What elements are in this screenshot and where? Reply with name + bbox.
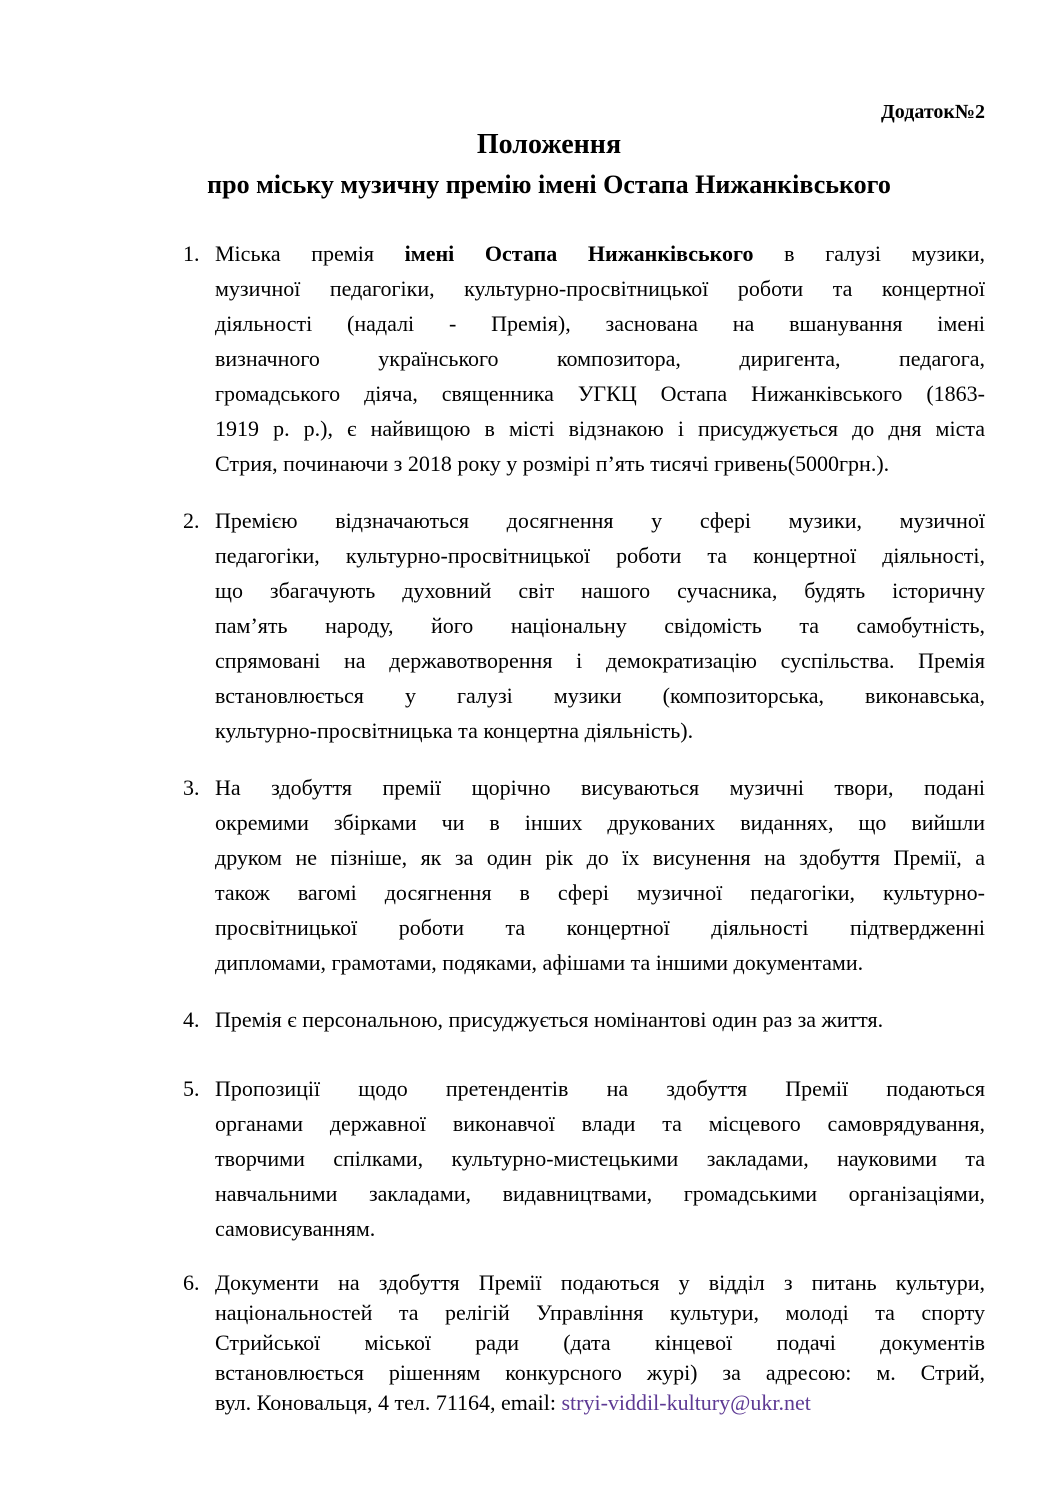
text-line: культурно-просвітницька та концертна дія… xyxy=(215,713,985,748)
text-line: друком не пізніше, як за один рік до їх … xyxy=(215,840,985,875)
list-item-5: 5. Пропозиції щодо претендентів на здобу… xyxy=(215,1071,985,1246)
text-line: діяльності (надалі - Премія), заснована … xyxy=(215,306,985,341)
text-line: самовисуванням. xyxy=(215,1211,985,1246)
document-page: Додаток№2 Положення про міську музичну п… xyxy=(0,0,1058,1497)
text-line: пам’ять народу, його національну свідомі… xyxy=(215,608,985,643)
text-line: просвітницької роботи та концертної діял… xyxy=(215,910,985,945)
text-line: національностей та релігій Управління ку… xyxy=(215,1298,985,1328)
text-line: На здобуття премії щорічно висуваються м… xyxy=(215,770,985,805)
text-segment: вул. Коновальця, 4 тел. 71164, email: xyxy=(215,1390,561,1415)
text-line: Міська премія імені Остапа Нижанківськог… xyxy=(215,236,985,271)
list-item-3: 3. На здобуття премії щорічно висуваютьс… xyxy=(215,770,985,980)
text-line: навчальними закладами, видавництвами, гр… xyxy=(215,1176,985,1211)
text-line: Стрийської міської ради (дата кінцевої п… xyxy=(215,1328,985,1358)
text-line: вул. Коновальця, 4 тел. 71164, email: st… xyxy=(215,1388,985,1418)
text-line: педагогіки, культурно-просвітницької роб… xyxy=(215,538,985,573)
list-item-2: 2. Премією відзначаються досягнення у сф… xyxy=(215,503,985,748)
text-line: громадського діяча, священника УГКЦ Оста… xyxy=(215,376,985,411)
text-line: Премією відзначаються досягнення у сфері… xyxy=(215,503,985,538)
list-number: 1. xyxy=(183,236,200,271)
list-number: 4. xyxy=(183,1002,200,1037)
text-line: встановлюється у галузі музики (композит… xyxy=(215,678,985,713)
title-block: Положення про міську музичну премію імен… xyxy=(164,128,934,202)
text-line: встановлюється рішенням конкурсного журі… xyxy=(215,1358,985,1388)
list-number: 5. xyxy=(183,1071,200,1106)
text-line: органами державної виконавчої влади та м… xyxy=(215,1106,985,1141)
text-line: дипломами, грамотами, подяками, афішами … xyxy=(215,945,985,980)
text-line: окремими збірками чи в інших друкованих … xyxy=(215,805,985,840)
text-line: музичної педагогіки, культурно-просвітни… xyxy=(215,271,985,306)
numbered-list: 1. Міська премія імені Остапа Нижанківсь… xyxy=(215,236,985,1418)
list-number: 2. xyxy=(183,503,200,538)
text-line: що збагачують духовний світ нашого сучас… xyxy=(215,573,985,608)
text-line: Стрия, починаючи з 2018 року у розмірі п… xyxy=(215,446,985,481)
list-item-6: 6. Документи на здобуття Премії подаютьс… xyxy=(215,1268,985,1418)
document-subtitle: про міську музичну премію імені Остапа Н… xyxy=(164,168,934,202)
text-line: Пропозиції щодо претендентів на здобуття… xyxy=(215,1071,985,1106)
text-line: Документи на здобуття Премії подаються у… xyxy=(215,1268,985,1298)
email-link[interactable]: stryi-viddil-kultury@ukr.net xyxy=(561,1390,810,1415)
appendix-label: Додаток№2 xyxy=(215,100,985,124)
text-segment: в галузі музики, xyxy=(754,241,985,266)
list-number: 3. xyxy=(183,770,200,805)
text-line: Премія є персональною, присуджується ном… xyxy=(215,1002,985,1037)
text-line: 1919 р. р.), є найвищою в місті відзнако… xyxy=(215,411,985,446)
text-line: творчими спілками, культурно-мистецькими… xyxy=(215,1141,985,1176)
text-segment-bold: імені Остапа Нижанківського xyxy=(405,241,754,266)
list-number: 6. xyxy=(183,1268,200,1298)
text-line: також вагомі досягнення в сфері музичної… xyxy=(215,875,985,910)
text-segment: Міська премія xyxy=(215,241,405,266)
text-line: визначного українського композитора, дир… xyxy=(215,341,985,376)
list-item-1: 1. Міська премія імені Остапа Нижанківсь… xyxy=(215,236,985,481)
text-line: спрямовані на державотворення і демократ… xyxy=(215,643,985,678)
list-item-4: 4. Премія є персональною, присуджується … xyxy=(215,1002,985,1037)
document-title: Положення xyxy=(164,128,934,162)
